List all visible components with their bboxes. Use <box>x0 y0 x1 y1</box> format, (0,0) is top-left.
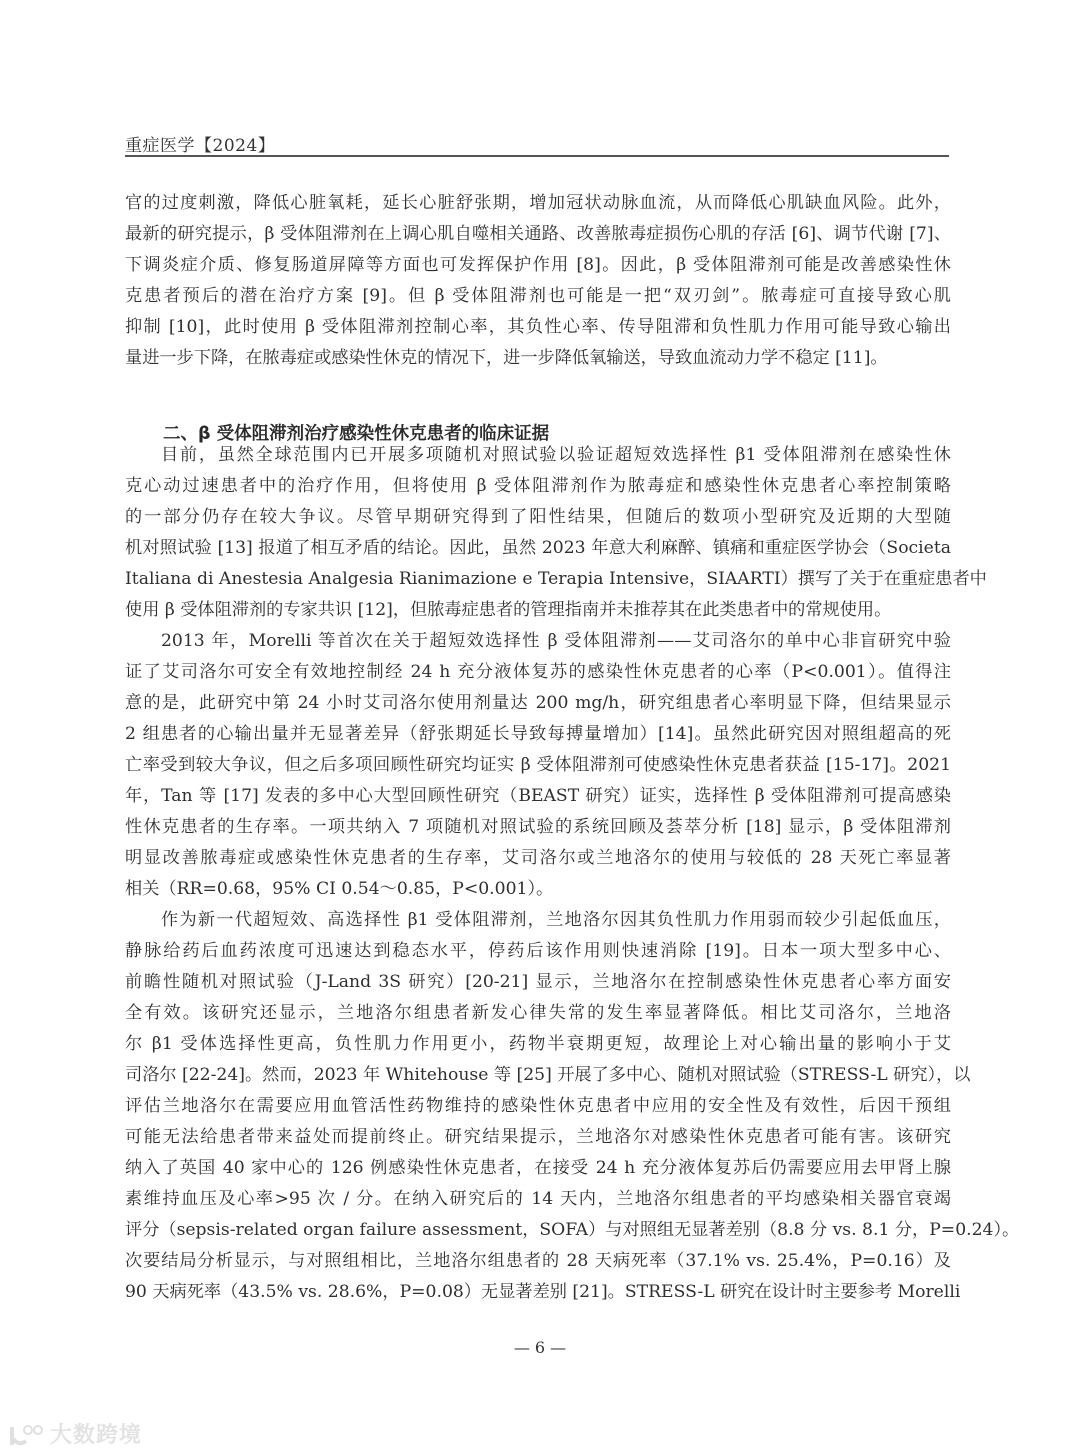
text-line: 证了艾司洛尔可安全有效地控制经 24 h 充分液体复苏的感染性休克患者的心率（P… <box>125 657 951 688</box>
text-line: 下调炎症介质、修复肠道屏障等方面也可发挥保护作用 [8]。因此，β 受体阻滞剂可… <box>125 250 951 281</box>
text-line: 作为新一代超短效、高选择性 β1 受体阻滞剂，兰地洛尔因其负性肌力作用弱而较少引… <box>125 905 951 936</box>
text-line: 年，Tan 等 [17] 发表的多中心大型回顾性研究（BEAST 研究）证实，选… <box>125 781 951 812</box>
text-line: 全有效。该研究还显示，兰地洛尔组患者新发心律失常的发生率显著降低。相比艾司洛尔，… <box>125 998 951 1029</box>
running-header: 重症医学【2024】 <box>125 131 949 155</box>
paragraph-1: 官的过度刺激，降低心脏氧耗，延长心脏舒张期，增加冠状动脉血流，从而降低心肌缺血风… <box>125 188 951 374</box>
text-line: 纳入了英国 40 家中心的 126 例感染性休克患者，在接受 24 h 充分液体… <box>125 1153 951 1184</box>
article-body: 官的过度刺激，降低心脏氧耗，延长心脏舒张期，增加冠状动脉血流，从而降低心肌缺血风… <box>125 188 951 1308</box>
paragraph-3: 2013 年，Morelli 等首次在关于超短效选择性 β 受体阻滞剂——艾司洛… <box>125 626 951 905</box>
text-line: 官的过度刺激，降低心脏氧耗，延长心脏舒张期，增加冠状动脉血流，从而降低心肌缺血风… <box>125 188 951 219</box>
text-line: 机对照试验 [13] 报道了相互矛盾的结论。因此，虽然 2023 年意大利麻醉、… <box>125 533 951 564</box>
page-number: — 6 — <box>0 1338 1080 1357</box>
text-line: 的一部分仍存在较大争议。尽管早期研究得到了阳性结果，但随后的数项小型研究及近期的… <box>125 502 951 533</box>
watermark-logo-icon <box>8 1423 46 1449</box>
text-line: 次要结局分析显示，与对照组相比，兰地洛尔组患者的 28 天病死率（37.1% v… <box>125 1246 951 1277</box>
header-divider <box>125 155 949 157</box>
text-line: 2013 年，Morelli 等首次在关于超短效选择性 β 受体阻滞剂——艾司洛… <box>125 626 951 657</box>
journal-title: 重症医学【2024】 <box>125 131 949 155</box>
text-line: 司洛尔 [22-24]。然而，2023 年 Whitehouse 等 [25] … <box>125 1060 951 1091</box>
text-line: 明显改善脓毒症或感染性休克患者的生存率，艾司洛尔或兰地洛尔的使用与较低的 28 … <box>125 843 951 874</box>
text-line: 前瞻性随机对照试验（J-Land 3S 研究）[20-21] 显示，兰地洛尔在控… <box>125 967 951 998</box>
text-line: 素维持血压及心率>95 次 / 分。在纳入研究后的 14 天内，兰地洛尔组患者的… <box>125 1184 951 1215</box>
text-line: 静脉给药后血药浓度可迅速达到稳态水平，停药后该作用则快速消除 [19]。日本一项… <box>125 936 951 967</box>
text-line: 最新的研究提示，β 受体阻滞剂在上调心肌自噬相关通路、改善脓毒症损伤心肌的存活 … <box>125 219 951 250</box>
text-line: 尔 β1 受体选择性更高，负性肌力作用更小，药物半衰期更短，故理论上对心输出量的… <box>125 1029 951 1060</box>
paragraph-2: 目前，虽然全球范围内已开展多项随机对照试验以验证超短效选择性 β1 受体阻滞剂在… <box>125 440 951 626</box>
text-line: 90 天病死率（43.5% vs. 28.6%，P=0.08）无显著差别 [21… <box>125 1277 951 1308</box>
section-heading: 二、β 受体阻滞剂治疗感染性休克患者的临床证据 <box>163 420 549 445</box>
text-line: 抑制 [10]，此时使用 β 受体阻滞剂控制心率，其负性心率、传导阻滞和负性肌力… <box>125 312 951 343</box>
text-line: 可能无法给患者带来益处而提前终止。研究结果提示，兰地洛尔对感染性休克患者可能有害… <box>125 1122 951 1153</box>
text-line: 克患者预后的潜在治疗方案 [9]。但 β 受体阻滞剂也可能是一把“双刃剑”。脓毒… <box>125 281 951 312</box>
text-line: 意的是，此研究中第 24 小时艾司洛尔使用剂量达 200 mg/h，研究组患者心… <box>125 688 951 719</box>
text-line: 使用 β 受体阻滞剂的专家共识 [12]，但脓毒症患者的管理指南并未推荐其在此类… <box>125 595 951 626</box>
watermark-text: 大数跨境 <box>50 1423 142 1448</box>
text-line: 2 组患者的心输出量并无显著差异（舒张期延长导致每搏量增加）[14]。虽然此研究… <box>125 719 951 750</box>
text-line: 性休克患者的生存率。一项共纳入 7 项随机对照试验的系统回顾及荟萃分析 [18]… <box>125 812 951 843</box>
text-line: 克心动过速患者中的治疗作用，但将使用 β 受体阻滞剂作为脓毒症和感染性休克患者心… <box>125 471 951 502</box>
text-line: 亡率受到较大争议，但之后多项回顾性研究均证实 β 受体阻滞剂可使感染性休克患者获… <box>125 750 951 781</box>
watermark: 大数跨境 <box>8 1418 142 1449</box>
paragraph-4: 作为新一代超短效、高选择性 β1 受体阻滞剂，兰地洛尔因其负性肌力作用弱而较少引… <box>125 905 951 1308</box>
text-line: Italiana di Anestesia Analgesia Rianimaz… <box>125 564 951 595</box>
text-line: 量进一步下降，在脓毒症或感染性休克的情况下，进一步降低氧输送，导致血流动力学不稳… <box>125 343 951 374</box>
text-line: 评估兰地洛尔在需要应用血管活性药物维持的感染性休克患者中应用的安全性及有效性，后… <box>125 1091 951 1122</box>
text-line: 评分（sepsis-related organ failure assessme… <box>125 1215 951 1246</box>
text-line: 相关（RR=0.68，95% CI 0.54～0.85，P<0.001）。 <box>125 874 951 905</box>
